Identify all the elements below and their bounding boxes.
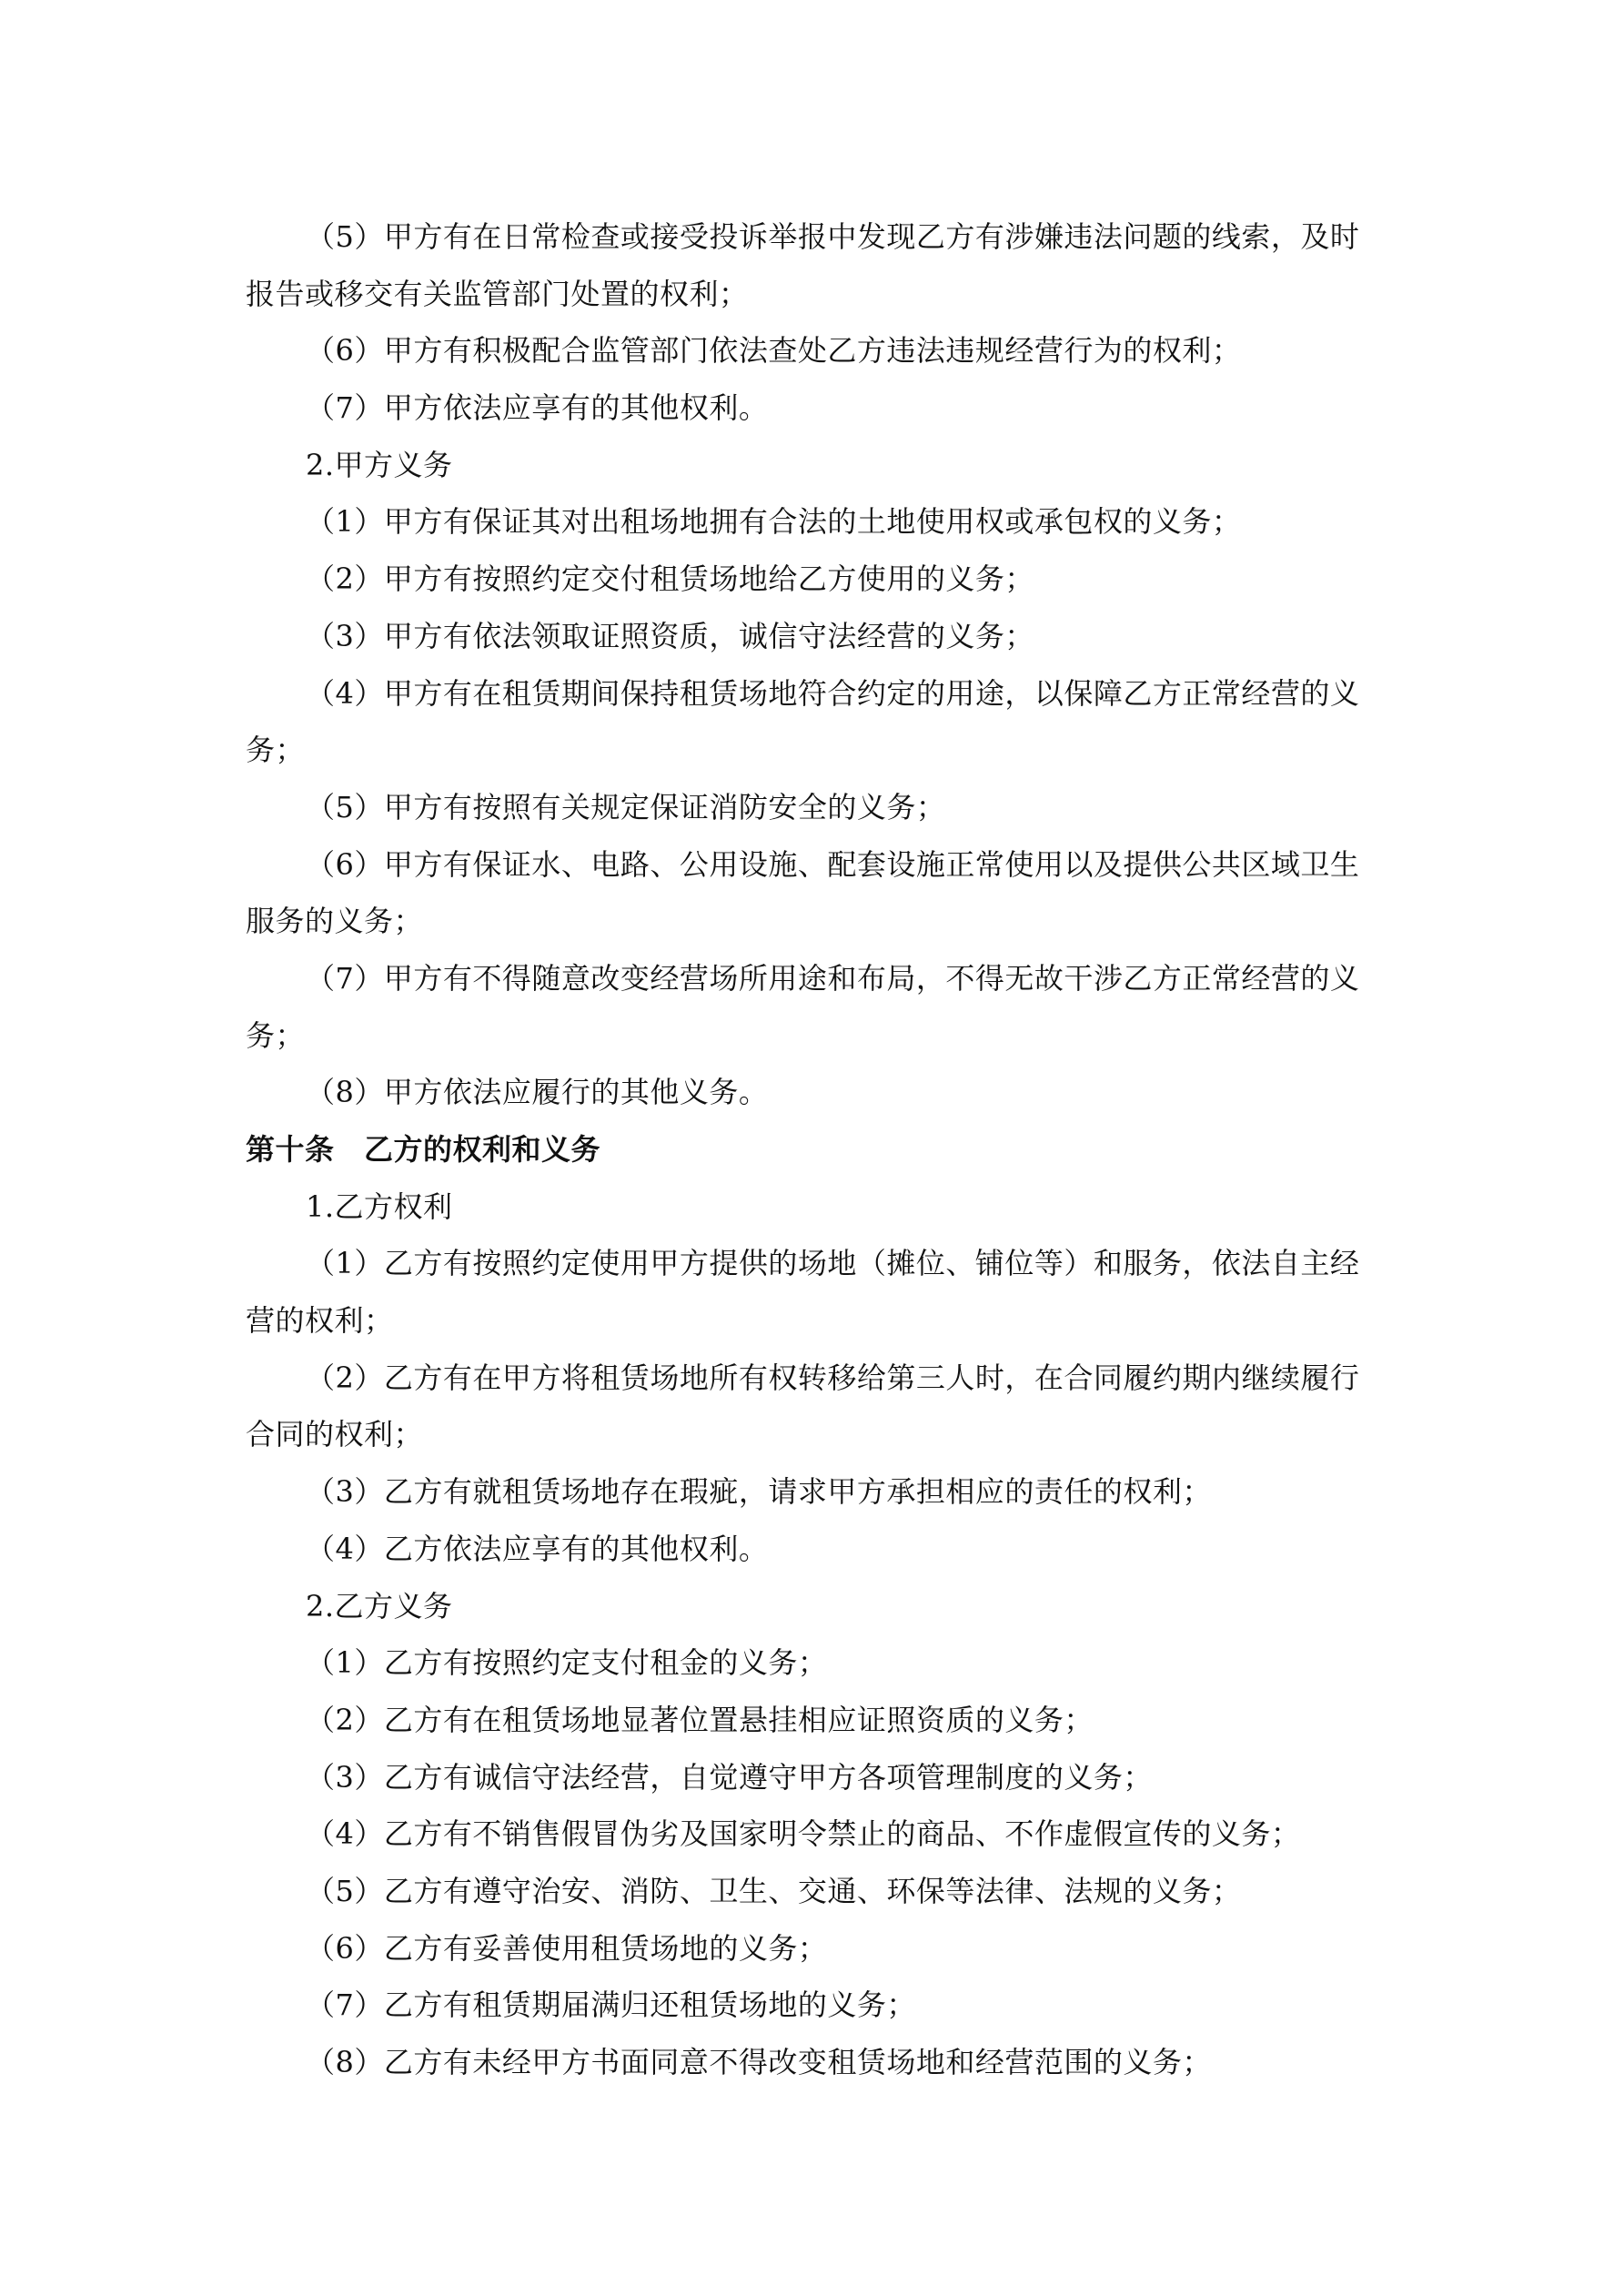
article-title: 第十条 乙方的权利和义务 <box>246 1128 1376 1185</box>
subheading-yi-obligations: 2.乙方义务 <box>246 1584 1376 1642</box>
subheading-text: 2.乙方义务 <box>246 1584 1376 1642</box>
text-line: （7）甲方有不得随意改变经营场所用途和布局，不得无故干涉乙方正常经营的义 <box>246 956 1376 1014</box>
text-line: （1）乙方有按照约定支付租金的义务； <box>246 1641 1376 1698</box>
document-body: （5）甲方有在日常检查或接受投诉举报中发现乙方有涉嫌违法问题的线索，及时 报告或… <box>246 215 1376 2098</box>
text-line: 营的权利； <box>246 1299 1376 1356</box>
paragraph-yi-obligation-7: （7）乙方有租赁期届满归还租赁场地的义务； <box>246 1983 1376 2040</box>
paragraph-yi-right-4: （4）乙方依法应享有的其他权利。 <box>246 1527 1376 1584</box>
subheading-jia-obligations: 2.甲方义务 <box>246 443 1376 501</box>
text-line: （4）乙方依法应享有的其他权利。 <box>246 1527 1376 1584</box>
text-line: （3）乙方有诚信守法经营，自觉遵守甲方各项管理制度的义务； <box>246 1755 1376 1813</box>
text-line: （2）乙方有在甲方将租赁场地所有权转移给第三人时，在合同履约期内继续履行 <box>246 1356 1376 1413</box>
text-line: （4）甲方有在租赁期间保持租赁场地符合约定的用途，以保障乙方正常经营的义 <box>246 672 1376 729</box>
text-line: （3）乙方有就租赁场地存在瑕疵，请求甲方承担相应的责任的权利； <box>246 1470 1376 1527</box>
text-line: （7）乙方有租赁期届满归还租赁场地的义务； <box>246 1983 1376 2040</box>
text-line: （5）甲方有在日常检查或接受投诉举报中发现乙方有涉嫌违法问题的线索，及时 <box>246 215 1376 272</box>
text-line: （3）甲方有依法领取证照资质，诚信守法经营的义务； <box>246 614 1376 672</box>
paragraph-yi-obligation-1: （1）乙方有按照约定支付租金的义务； <box>246 1641 1376 1698</box>
paragraph-yi-right-1: （1）乙方有按照约定使用甲方提供的场地（摊位、铺位等）和服务，依法自主经 营的权… <box>246 1241 1376 1355</box>
text-line: 服务的义务； <box>246 899 1376 956</box>
text-line: （8）甲方依法应履行的其他义务。 <box>246 1070 1376 1128</box>
text-line: （6）甲方有积极配合监管部门依法查处乙方违法违规经营行为的权利； <box>246 329 1376 386</box>
paragraph-jia-obligation-1: （1）甲方有保证其对出租场地拥有合法的土地使用权或承包权的义务； <box>246 500 1376 557</box>
paragraph-yi-obligation-8: （8）乙方有未经甲方书面同意不得改变租赁场地和经营范围的义务； <box>246 2040 1376 2098</box>
paragraph-jia-obligation-8: （8）甲方依法应履行的其他义务。 <box>246 1070 1376 1128</box>
paragraph-jia-right-6: （6）甲方有积极配合监管部门依法查处乙方违法违规经营行为的权利； <box>246 329 1376 386</box>
subheading-text: 1.乙方权利 <box>246 1185 1376 1242</box>
paragraph-yi-obligation-4: （4）乙方有不销售假冒伪劣及国家明令禁止的商品、不作虚假宣传的义务； <box>246 1812 1376 1869</box>
text-line: （6）乙方有妥善使用租赁场地的义务； <box>246 1927 1376 1984</box>
paragraph-yi-obligation-6: （6）乙方有妥善使用租赁场地的义务； <box>246 1927 1376 1984</box>
paragraph-yi-right-3: （3）乙方有就租赁场地存在瑕疵，请求甲方承担相应的责任的权利； <box>246 1470 1376 1527</box>
paragraph-jia-right-5: （5）甲方有在日常检查或接受投诉举报中发现乙方有涉嫌违法问题的线索，及时 报告或… <box>246 215 1376 329</box>
text-line: 报告或移交有关监管部门处置的权利； <box>246 272 1376 329</box>
text-line: （4）乙方有不销售假冒伪劣及国家明令禁止的商品、不作虚假宣传的义务； <box>246 1812 1376 1869</box>
text-line: （2）乙方有在租赁场地显著位置悬挂相应证照资质的义务； <box>246 1698 1376 1755</box>
text-line: 务； <box>246 728 1376 785</box>
text-line: （2）甲方有按照约定交付租赁场地给乙方使用的义务； <box>246 557 1376 614</box>
paragraph-jia-obligation-3: （3）甲方有依法领取证照资质，诚信守法经营的义务； <box>246 614 1376 672</box>
paragraph-yi-obligation-2: （2）乙方有在租赁场地显著位置悬挂相应证照资质的义务； <box>246 1698 1376 1755</box>
paragraph-yi-right-2: （2）乙方有在甲方将租赁场地所有权转移给第三人时，在合同履约期内继续履行 合同的… <box>246 1356 1376 1470</box>
document-page: （5）甲方有在日常检查或接受投诉举报中发现乙方有涉嫌违法问题的线索，及时 报告或… <box>0 0 1624 2296</box>
subheading-text: 2.甲方义务 <box>246 443 1376 501</box>
text-line: （5）甲方有按照有关规定保证消防安全的义务； <box>246 785 1376 843</box>
paragraph-jia-obligation-2: （2）甲方有按照约定交付租赁场地给乙方使用的义务； <box>246 557 1376 614</box>
text-line: （6）甲方有保证水、电路、公用设施、配套设施正常使用以及提供公共区域卫生 <box>246 843 1376 900</box>
subheading-yi-rights: 1.乙方权利 <box>246 1185 1376 1242</box>
paragraph-yi-obligation-3: （3）乙方有诚信守法经营，自觉遵守甲方各项管理制度的义务； <box>246 1755 1376 1813</box>
paragraph-jia-obligation-5: （5）甲方有按照有关规定保证消防安全的义务； <box>246 785 1376 843</box>
paragraph-jia-obligation-4: （4）甲方有在租赁期间保持租赁场地符合约定的用途，以保障乙方正常经营的义 务； <box>246 672 1376 785</box>
text-line: 务； <box>246 1014 1376 1071</box>
paragraph-jia-right-7: （7）甲方依法应享有的其他权利。 <box>246 386 1376 443</box>
paragraph-jia-obligation-6: （6）甲方有保证水、电路、公用设施、配套设施正常使用以及提供公共区域卫生 服务的… <box>246 843 1376 956</box>
text-line: （1）甲方有保证其对出租场地拥有合法的土地使用权或承包权的义务； <box>246 500 1376 557</box>
text-line: 合同的权利； <box>246 1412 1376 1470</box>
text-line: （7）甲方依法应享有的其他权利。 <box>246 386 1376 443</box>
text-line: （5）乙方有遵守治安、消防、卫生、交通、环保等法律、法规的义务； <box>246 1869 1376 1927</box>
text-line: （8）乙方有未经甲方书面同意不得改变租赁场地和经营范围的义务； <box>246 2040 1376 2098</box>
paragraph-jia-obligation-7: （7）甲方有不得随意改变经营场所用途和布局，不得无故干涉乙方正常经营的义 务； <box>246 956 1376 1070</box>
paragraph-yi-obligation-5: （5）乙方有遵守治安、消防、卫生、交通、环保等法律、法规的义务； <box>246 1869 1376 1927</box>
article-heading: 第十条 乙方的权利和义务 <box>246 1128 1376 1185</box>
text-line: （1）乙方有按照约定使用甲方提供的场地（摊位、铺位等）和服务，依法自主经 <box>246 1241 1376 1299</box>
